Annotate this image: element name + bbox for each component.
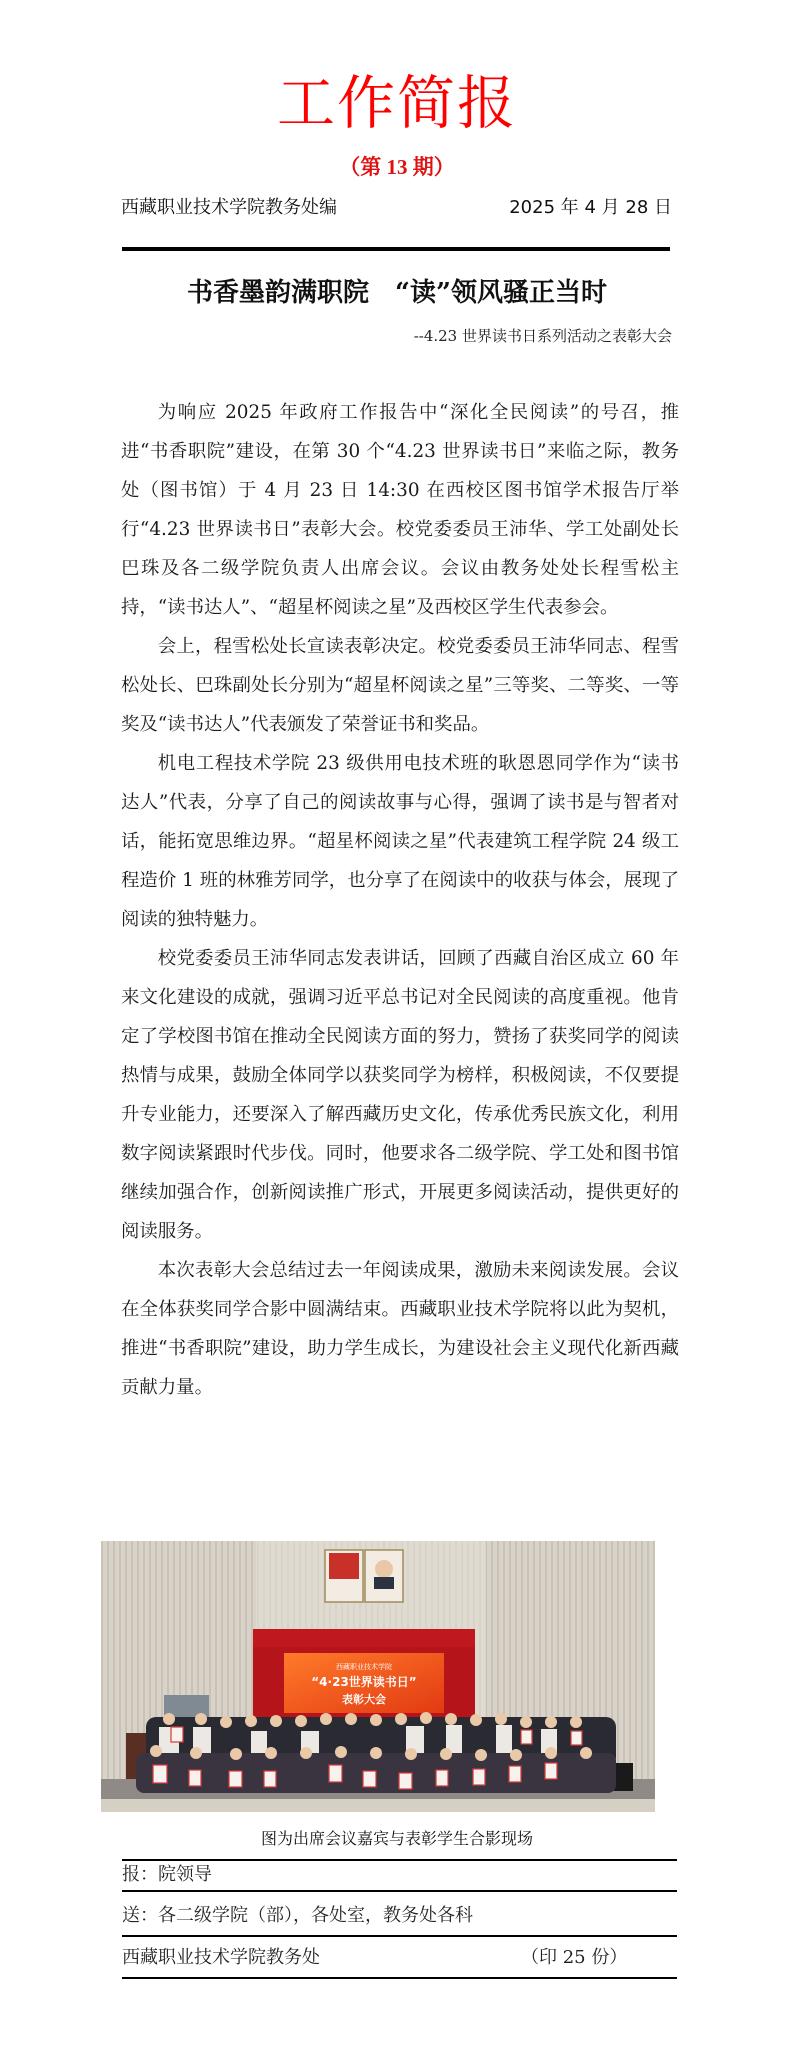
publish-date: 2025 年 4 月 28 日 — [509, 196, 672, 220]
footer-rule-4 — [122, 1977, 677, 1979]
paragraph-2: 会上，程雪松处长宣读表彰决定。校党委委员王沛华同志、程雪松处长、巴珠副处长分别为… — [121, 627, 679, 744]
issue-number: （第 13 期） — [0, 154, 794, 180]
publisher: 西藏职业技术学院教务处编 — [121, 196, 337, 220]
article-subheadline: --4.23 世界读书日系列活动之表彰大会 — [414, 326, 672, 346]
paragraph-4: 校党委委员王沛华同志发表讲话，回顾了西藏自治区成立 60 年来文化建设的成就，强… — [121, 939, 679, 1251]
send-to: 送：各二级学院（部），各处室，教务处各科 — [122, 1904, 473, 1928]
footer-rule-2 — [122, 1890, 677, 1892]
photo-caption: 图为出席会议嘉宾与表彰学生合影现场 — [0, 1828, 794, 1850]
footer-rule-1 — [122, 1859, 677, 1861]
bulletin-title: 工作简报 — [0, 68, 794, 138]
footer-rule-3 — [122, 1935, 677, 1937]
copies: （印 25 份） — [521, 1946, 627, 1970]
svg-text:西藏职业技术学院: 西藏职业技术学院 — [336, 1662, 392, 1671]
paragraph-3: 机电工程技术学院 23 级供用电技术班的耿恩恩同学作为“读书达人”代表，分享了自… — [121, 744, 679, 939]
paragraph-5: 本次表彰大会总结过去一年阅读成果，激励未来阅读发展。会议在全体获奖同学合影中圆满… — [121, 1251, 679, 1407]
issuer: 西藏职业技术学院教务处 — [122, 1946, 320, 1970]
group-photo: 西藏职业技术学院 “4·23世界读书日” 表彰大会 — [101, 1541, 655, 1812]
paragraph-1: 为响应 2025 年政府工作报告中“深化全民阅读”的号召，推进“书香职院”建设，… — [121, 393, 679, 627]
svg-text:表彰大会: 表彰大会 — [342, 1692, 386, 1706]
article-body: 为响应 2025 年政府工作报告中“深化全民阅读”的号召，推进“书香职院”建设，… — [121, 393, 679, 1407]
header-divider — [122, 247, 670, 251]
svg-text:“4·23世界读书日”: “4·23世界读书日” — [311, 1674, 416, 1689]
article-headline: 书香墨韵满职院 “读”领风骚正当时 — [0, 276, 794, 310]
report-to: 报：院领导 — [122, 1863, 212, 1887]
